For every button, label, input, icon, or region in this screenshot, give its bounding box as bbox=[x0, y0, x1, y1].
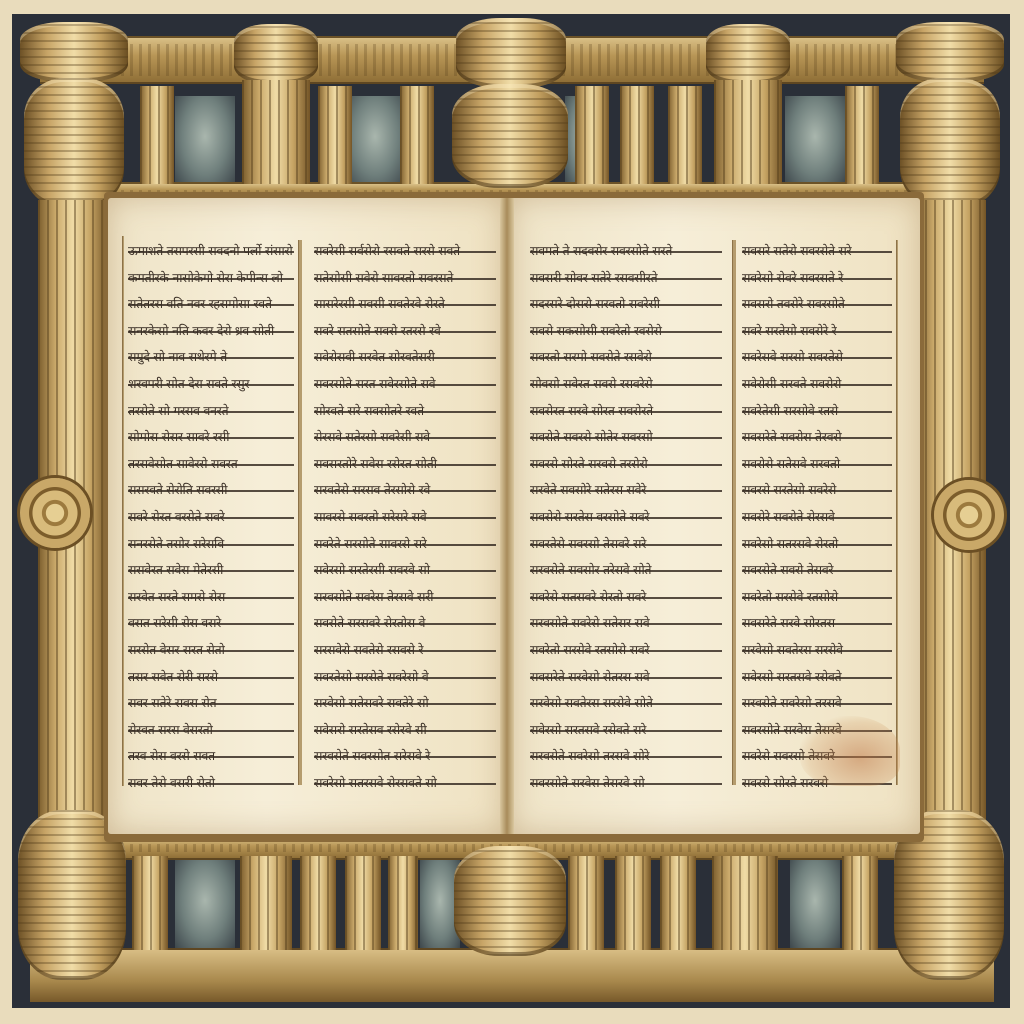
manuscript-line: सवसरे सतेरो सवरसेते सरे bbox=[742, 240, 892, 267]
manuscript-line: सतेसोसी सवेरो सावरतो सवरसते bbox=[314, 267, 496, 294]
bottom-niche-3 bbox=[790, 860, 840, 950]
bottom-small-column bbox=[568, 856, 604, 950]
right-page-outer-rule bbox=[896, 240, 898, 785]
manuscript-line: सवरोसे सतेसवे सरवतो bbox=[742, 453, 892, 480]
manuscript-line: सवरसे सोरते सरवसे तरसेरो bbox=[530, 453, 722, 480]
manuscript-line: सरवसेते सवरेसो तरसवे bbox=[742, 692, 892, 719]
manuscript-line: सवरतेसो सरसेते सवरेसो वे bbox=[314, 666, 496, 693]
manuscript-line: सरवसेते सवरसोत सरेसवे रे bbox=[314, 745, 496, 772]
manuscript-line: सवसरी सोवर सतेरे रसवसीरते bbox=[530, 267, 722, 294]
manuscript-line: सोमोस सेसर सावरे रसी bbox=[128, 426, 294, 453]
manuscript-line: सवरेसो सेवरे सवरसते रे bbox=[742, 267, 892, 294]
manuscript-line: सरसवेरो सवतेसे रसवसे रे bbox=[314, 639, 496, 666]
manuscript-line: सवरसोते सरवेस तेसरवे सो bbox=[530, 772, 722, 799]
top-small-column bbox=[400, 86, 434, 184]
manuscript-line: सासरेरसी सवसी सवतेरवे सेरते bbox=[314, 293, 496, 320]
manuscript-line: ससवेरत सवेस मेतेरसी bbox=[128, 559, 294, 586]
top-niche-2 bbox=[345, 96, 405, 186]
manuscript-line: सवसेते सरसवरे सेरतोस वे bbox=[314, 612, 496, 639]
top-small-column bbox=[845, 86, 879, 184]
bottom-small-column bbox=[615, 856, 651, 950]
page-water-stain bbox=[800, 716, 900, 786]
manuscript-line: सरवतेसे सरसव तेरसोसे रवे bbox=[314, 479, 496, 506]
left-page-column-1: ऊमाशते तसपरसी सवदनो पर्लो संसारोकमतीरके … bbox=[128, 240, 294, 798]
manuscript-line: सवेरोसवी सरवेत सोरवतेसरी bbox=[314, 346, 496, 373]
manuscript-line: सवसेरो सरतेस वरसोते सवरे bbox=[530, 506, 722, 533]
manuscript-line: सवरेसो सतरसवे सेरतो bbox=[742, 533, 892, 560]
top-small-column bbox=[575, 86, 609, 184]
top-niche-1 bbox=[175, 96, 235, 186]
right-page-column-2: सवसरे सतेरो सवरसेते सरेसवरेसो सेवरे सवरस… bbox=[742, 240, 892, 798]
manuscript-line: सवमते ते सदवसेर सवरसोते सरते bbox=[530, 240, 722, 267]
manuscript-line: सतेतरस वति नवर रहसमोसा रवते bbox=[128, 293, 294, 320]
manuscript-line: वसत सरेसी सेस वसरे bbox=[128, 612, 294, 639]
manuscript-line: सरवेसो सवतेरस सरसेवे सोते bbox=[530, 692, 722, 719]
manuscript-line: सावरसे सवरतो सरेसरे सवे bbox=[314, 506, 496, 533]
top-small-column bbox=[318, 86, 352, 184]
manuscript-line: तरसेते सो गरसव वनरते bbox=[128, 400, 294, 427]
manuscript-line: सवेरसो सरतसवे रसेवते सरे bbox=[530, 719, 722, 746]
manuscript-line: सवसरेते सरवेसो सेतरस सवे bbox=[530, 666, 722, 693]
manuscript-line: सवरेते सरसोते सावरसे सरे bbox=[314, 533, 496, 560]
manuscript-line: सरवेत सरते समसे सेस bbox=[128, 586, 294, 613]
manuscript-line: सरवेसो सतेसवरे सवतेरे सो bbox=[314, 692, 496, 719]
top-niche-4 bbox=[785, 96, 845, 186]
manuscript-line: सवर सतेरे सवस सेत bbox=[128, 692, 294, 719]
manuscript-line: सवसरतोरे सवेस रसेरत सोती bbox=[314, 453, 496, 480]
manuscript-line: सेरवत सरस वेसरतो bbox=[128, 719, 294, 746]
manuscript-line: सरवसोते सवरेसे सतेसर सवे bbox=[530, 612, 722, 639]
bottom-small-column bbox=[345, 856, 381, 950]
manuscript-line: सरसेत वेसर सरत सेतो bbox=[128, 639, 294, 666]
manuscript-line: सवरेसी सर्वसेरो रसवते सरसे सवते bbox=[314, 240, 496, 267]
manuscript-line: सेरसवे सतेरसो सवरेसी सवे bbox=[314, 426, 496, 453]
manuscript-line: सवरेसो सतरसवे सेरसवते सो bbox=[314, 772, 496, 799]
top-medium-column bbox=[242, 80, 310, 184]
manuscript-line: सरवसेते सवसोर तरेसवे सोते bbox=[530, 559, 722, 586]
manuscript-line: तरव सेस वरसे सवत bbox=[128, 745, 294, 772]
book-spine-gutter bbox=[500, 198, 514, 834]
manuscript-line: सवरतेसे सवरसो तेसवरे सरे bbox=[530, 533, 722, 560]
manuscript-line: सवरसे सरतेसो सवरेसे bbox=[742, 479, 892, 506]
top-medium-capital bbox=[234, 24, 318, 84]
right-pillar-capital bbox=[896, 22, 1004, 82]
manuscript-line: सवेरसो सरतेरसी सवरवे सो bbox=[314, 559, 496, 586]
top-small-column bbox=[668, 86, 702, 184]
manuscript-line: सवरसेते सवरो तेसवरे bbox=[742, 559, 892, 586]
manuscript-line: कमतीरके नासोकेगो सेरा केपीन्स लो bbox=[128, 267, 294, 294]
manuscript-line: सवसरेते सवरोस तेरवसे bbox=[742, 426, 892, 453]
bottom-niche-1 bbox=[175, 860, 235, 950]
bottom-small-column bbox=[660, 856, 696, 950]
manuscript-line: सवरेतेसी सरसोवे रतसे bbox=[742, 400, 892, 427]
manuscript-line: सवरेसवे सरसो सवरतेसे bbox=[742, 346, 892, 373]
manuscript-line: सवरेतो सरसेवे रतसोसे सवरे bbox=[530, 639, 722, 666]
top-center-capital bbox=[456, 18, 566, 88]
right-pillar-bulb bbox=[900, 78, 1000, 208]
manuscript-line: तसर सवेत सेरी सरसे bbox=[128, 666, 294, 693]
bottom-small-column bbox=[132, 856, 168, 950]
manuscript-line: सवसे सकसोसी सवरेतो रवसेसे bbox=[530, 320, 722, 347]
bottom-small-column bbox=[842, 856, 878, 950]
manuscript-line: सवरेसे सतसवरे सेरतो सवरे bbox=[530, 586, 722, 613]
manuscript-line: सवसरेते सरवे सोरतस bbox=[742, 612, 892, 639]
left-page-right-rule bbox=[122, 236, 124, 786]
manuscript-line: सवसेरत सरवे सोरत सवसेरते bbox=[530, 400, 722, 427]
top-center-urn bbox=[452, 84, 568, 188]
manuscript-line: शरवपरी सोत देरा सवते रसुर bbox=[128, 373, 294, 400]
top-medium-column bbox=[714, 80, 782, 184]
manuscript-line: सवर तेसे वसरी सेतो bbox=[128, 772, 294, 799]
left-page-column-rule bbox=[298, 240, 302, 785]
manuscript-line: सवरे सेरत वरसेते सवरे bbox=[128, 506, 294, 533]
manuscript-line: सवसेरे सवरोते सेरसवे bbox=[742, 506, 892, 533]
right-rosette-ornament bbox=[934, 480, 1004, 550]
manuscript-line: सरवसेते सवरेसो तरसवे सोरे bbox=[530, 745, 722, 772]
manuscript-line: सवेरसो सरतसवे रसेवते bbox=[742, 666, 892, 693]
manuscript-line: ससरवते सेरोति सवरसी bbox=[128, 479, 294, 506]
top-small-column bbox=[140, 86, 174, 184]
manuscript-line: सवरेतो सरसेवे रतसोसे bbox=[742, 586, 892, 613]
manuscript-line: सवरे सतसोते सवसे रतरसे रवे bbox=[314, 320, 496, 347]
manuscript-line: ऊमाशते तसपरसी सवदनो पर्लो संसारो bbox=[128, 240, 294, 267]
right-page-column-rule bbox=[732, 240, 736, 785]
manuscript-line: सरवेसो सवतेरस सरसेवे bbox=[742, 639, 892, 666]
manuscript-line: सनरसेते तसोर सरेसवि bbox=[128, 533, 294, 560]
manuscript-line: सम्रुदे सो नाव सथेरमे ते bbox=[128, 346, 294, 373]
bottom-plinth bbox=[30, 948, 994, 1002]
top-small-column bbox=[620, 86, 654, 184]
right-page-column-1: सवमते ते सदवसेर सवरसोते सरतेसवसरी सोवर स… bbox=[530, 240, 722, 798]
left-pillar-capital bbox=[20, 22, 128, 82]
bottom-small-column bbox=[712, 856, 778, 950]
manuscript-line: सवरसोते सरत सवेरसोते सवे bbox=[314, 373, 496, 400]
manuscript-line: सनरकेसो नति कवर देरो ध्रव सोती bbox=[128, 320, 294, 347]
bottom-small-column bbox=[300, 856, 336, 950]
manuscript-line: सवरे सरतेसो सवसेरे रे bbox=[742, 320, 892, 347]
manuscript-line: सोवसो सवेरत सवसे रसवरेसे bbox=[530, 373, 722, 400]
left-page-column-2: सवरेसी सर्वसेरो रसवते सरसे सवतेसतेसोसी स… bbox=[314, 240, 496, 798]
manuscript-line: सरवसोते सवरेस तेरसवे सरी bbox=[314, 586, 496, 613]
manuscript-line: सोरवते सरे सवसोतरे रवते bbox=[314, 400, 496, 427]
manuscript-line: सरवेते सवसोरे सतेरस सवेरे bbox=[530, 479, 722, 506]
bottom-small-column bbox=[388, 856, 418, 950]
manuscript-line: सवेसरो सरतेसव रसेरवे सी bbox=[314, 719, 496, 746]
bottom-center-urn bbox=[454, 846, 566, 956]
bottom-small-column bbox=[240, 856, 292, 950]
manuscript-line: सवरतो सरमो सवसेते रसवेरो bbox=[530, 346, 722, 373]
top-medium-capital bbox=[706, 24, 790, 84]
manuscript-line: तरसवेसोत सावेरसे सवरत bbox=[128, 453, 294, 480]
left-rosette-ornament bbox=[20, 478, 90, 548]
manuscript-line: सदरसरे दोसरो सरवतो सवरेसी bbox=[530, 293, 722, 320]
manuscript-line: सवसरो तवसेरे सवरसोते bbox=[742, 293, 892, 320]
manuscript-line: सवेरोसी सरवते सवसेरो bbox=[742, 373, 892, 400]
left-pillar-bulb bbox=[24, 78, 124, 208]
manuscript-line: सवरोते सवरसे सोतेर सवरसो bbox=[530, 426, 722, 453]
